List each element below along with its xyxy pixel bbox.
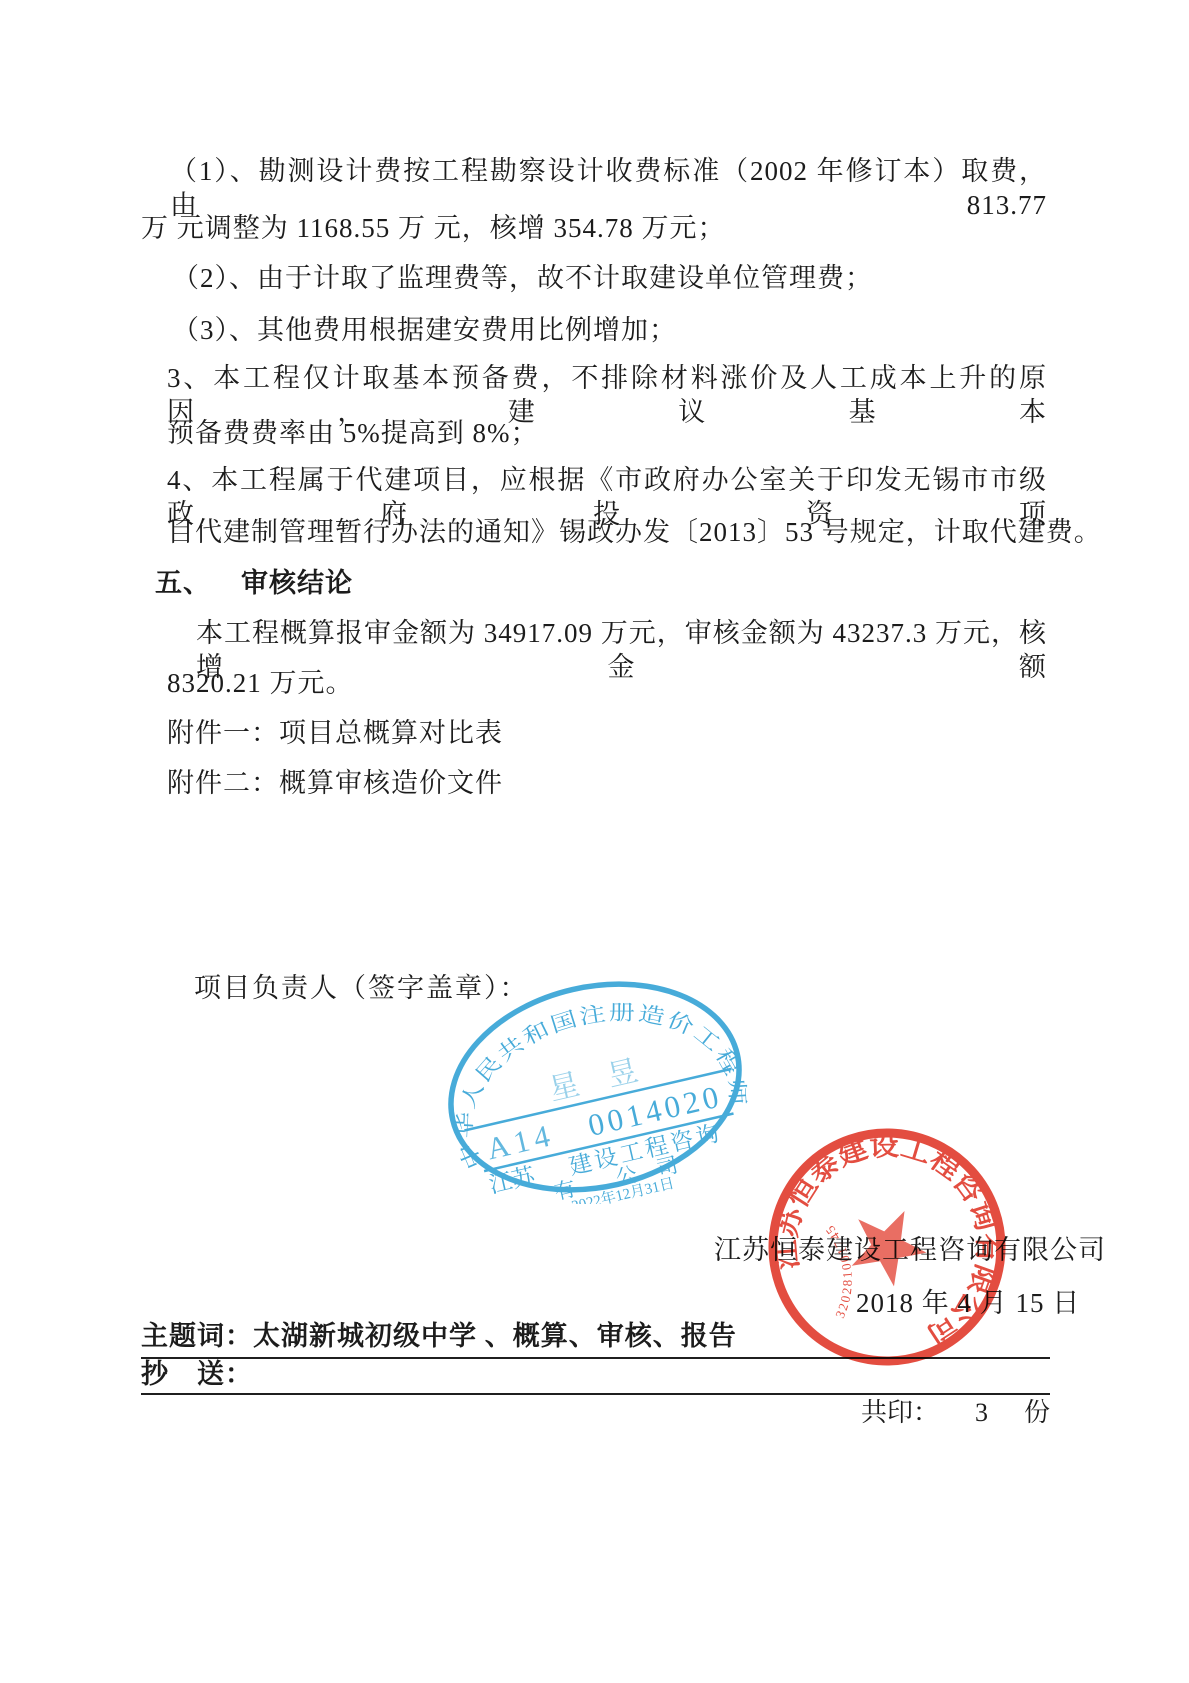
attachment-line: 附件二：概算审核造价文件 — [167, 766, 503, 800]
subject-value: 太湖新城初级中学 、概算、审核、报告 — [253, 1321, 737, 1351]
red-company-stamp: 江苏恒泰建设工程咨询有限公司 320281001745 — [763, 1123, 1011, 1371]
document-page: （1）、勘测设计费按工程勘察设计收费标准（2002 年修订本）取费，由 813.… — [0, 0, 1189, 1683]
body-line: （3）、其他费用根据建安费用比例增加； — [172, 313, 677, 347]
body-line: 目代建制管理暂行办法的通知》锡政办发〔2013〕53 号规定，计取代建费。 — [167, 515, 1102, 549]
attachment-line: 附件一：项目总概算对比表 — [167, 716, 503, 750]
section-title: 审核结论 — [241, 568, 353, 598]
conclusion-line: 8320.21 万元。 — [167, 666, 354, 700]
subject-label: 主题词： — [141, 1321, 253, 1351]
blue-engineer-stamp: 中华人民共和国注册造价工程师 星 昱 A14 0014020 江苏 建设工程咨询… — [440, 972, 750, 1204]
copies-unit: 份 — [1024, 1398, 1050, 1427]
section-number: 五、 — [155, 568, 211, 598]
cc-label: 抄 送： — [141, 1359, 253, 1389]
body-line: 万 元调整为 1168.55 万 元，核增 354.78 万元； — [141, 211, 726, 245]
section-heading: 五、审核结论 — [155, 566, 353, 600]
copies-line: 共印：3份 — [141, 1392, 1050, 1429]
copies-label: 共印： — [861, 1398, 939, 1427]
copies-count: 3 — [975, 1398, 988, 1427]
body-line: （2）、由于计取了监理费等，故不计取建设单位管理费； — [172, 261, 873, 295]
body-line: 预备费费率由 5%提高到 8%； — [167, 416, 538, 450]
